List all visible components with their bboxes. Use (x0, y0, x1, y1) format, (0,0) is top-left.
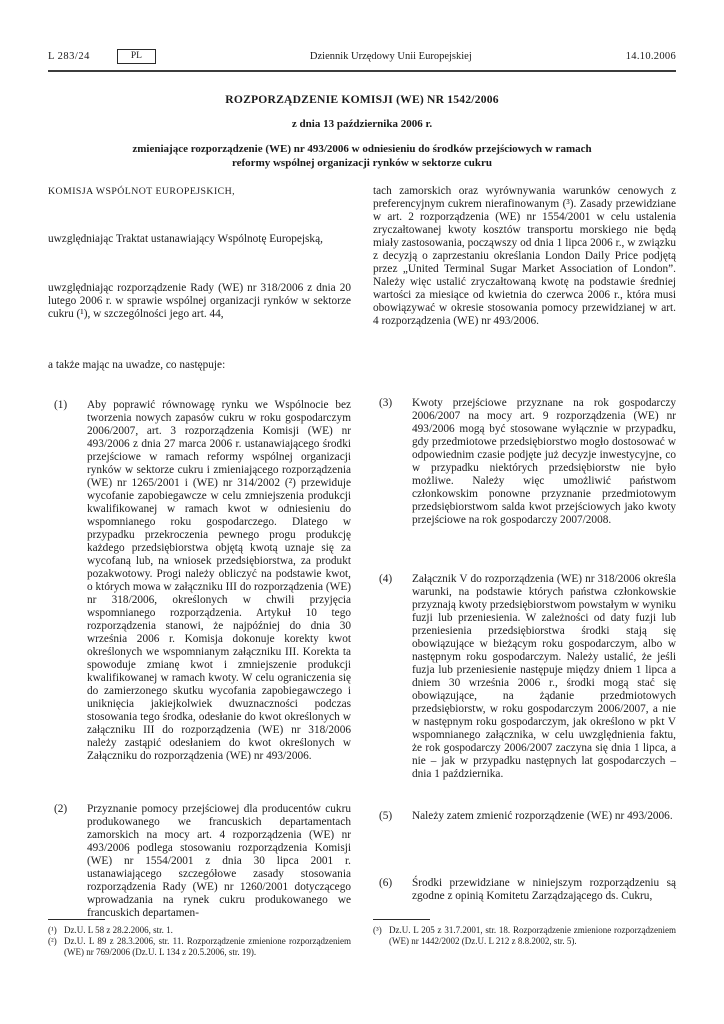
recital-2: (2) Przyznanie pomocy przejściowej dla p… (48, 803, 351, 920)
footnote-2: (²) Dz.U. L 89 z 28.3.2006, str. 11. Roz… (48, 936, 351, 958)
recital-3: (3) Kwoty przejściowe przyznane na rok g… (373, 397, 676, 527)
footnote-divider (373, 919, 430, 920)
footnote-1-marker: (¹) (48, 925, 64, 936)
citation-regulation: uwzględniając rozporządzenie Rady (WE) n… (48, 282, 351, 321)
institution-line: KOMISJA WSPÓLNOT EUROPEJSKICH, (48, 185, 351, 198)
language-code-badge: PL (117, 49, 156, 64)
footnote-divider (48, 919, 105, 920)
recital-3-text: Kwoty przejściowe przyznane na rok gospo… (412, 397, 676, 527)
recital-4-text: Załącznik V do rozporządzenia (WE) nr 31… (412, 573, 676, 781)
right-footnotes: (³) Dz.U. L 205 z 31.7.2001, str. 18. Ro… (373, 919, 676, 947)
issue-number: L 283/24 (48, 50, 90, 64)
left-footnotes: (¹) Dz.U. L 58 z 28.2.2006, str. 1. (²) … (48, 919, 351, 958)
recital-6-text: Środki przewidziane w niniejszym rozporz… (412, 877, 676, 903)
right-column: tach zamorskich oraz wyrównywania warunk… (373, 183, 676, 993)
recital-6-number: (6) (373, 877, 412, 903)
recitals-intro: a także mając na uwadze, co następuje: (48, 359, 351, 372)
journal-page: L 283/24 PL Dziennik Urzędowy Unii Europ… (0, 0, 724, 1024)
footnote-1-text: Dz.U. L 58 z 28.2.2006, str. 1. (64, 925, 351, 936)
recital-5: (5) Należy zatem zmienić rozporządzenie … (373, 810, 676, 823)
citation-treaty: uwzględniając Traktat ustanawiający Wspó… (48, 233, 351, 246)
footnote-2-marker: (²) (48, 936, 64, 958)
recital-1-text: Aby poprawić równowagę rynku we Wspólnoc… (87, 399, 351, 763)
regulation-date-line: z dnia 13 października 2006 r. (0, 118, 724, 130)
journal-title: Dziennik Urzędowy Unii Europejskiej (156, 50, 626, 64)
header-divider (48, 70, 676, 72)
recital-2-number: (2) (48, 803, 87, 920)
footnote-1: (¹) Dz.U. L 58 z 28.2.2006, str. 1. (48, 925, 351, 936)
recital-2-continuation: tach zamorskich oraz wyrównywania warunk… (373, 185, 676, 328)
recital-2-text: Przyznanie pomocy przejściowej dla produ… (87, 803, 351, 920)
recital-3-number: (3) (373, 397, 412, 527)
page-header: L 283/24 PL Dziennik Urzędowy Unii Europ… (48, 49, 676, 64)
recital-5-number: (5) (373, 810, 412, 823)
title-block: ROZPORZĄDZENIE KOMISJI (WE) NR 1542/2006… (0, 93, 724, 170)
left-column: KOMISJA WSPÓLNOT EUROPEJSKICH, uwzględni… (48, 183, 351, 993)
recital-4: (4) Załącznik V do rozporządzenia (WE) n… (373, 573, 676, 781)
footnote-2-text: Dz.U. L 89 z 28.3.2006, str. 11. Rozporz… (64, 936, 351, 958)
regulation-title: ROZPORZĄDZENIE KOMISJI (WE) NR 1542/2006 (0, 93, 724, 106)
recital-5-text: Należy zatem zmienić rozporządzenie (WE)… (412, 810, 676, 823)
recital-4-number: (4) (373, 573, 412, 781)
recital-6: (6) Środki przewidziane w niniejszym roz… (373, 877, 676, 903)
recital-1-number: (1) (48, 399, 87, 763)
footnote-3: (³) Dz.U. L 205 z 31.7.2001, str. 18. Ro… (373, 925, 676, 947)
recital-1: (1) Aby poprawić równowagę rynku we Wspó… (48, 399, 351, 763)
footnote-3-text: Dz.U. L 205 z 31.7.2001, str. 18. Rozpor… (389, 925, 676, 947)
footnote-3-marker: (³) (373, 925, 389, 947)
regulation-subject: zmieniające rozporządzenie (WE) nr 493/2… (123, 143, 601, 170)
header-date: 14.10.2006 (626, 50, 676, 64)
